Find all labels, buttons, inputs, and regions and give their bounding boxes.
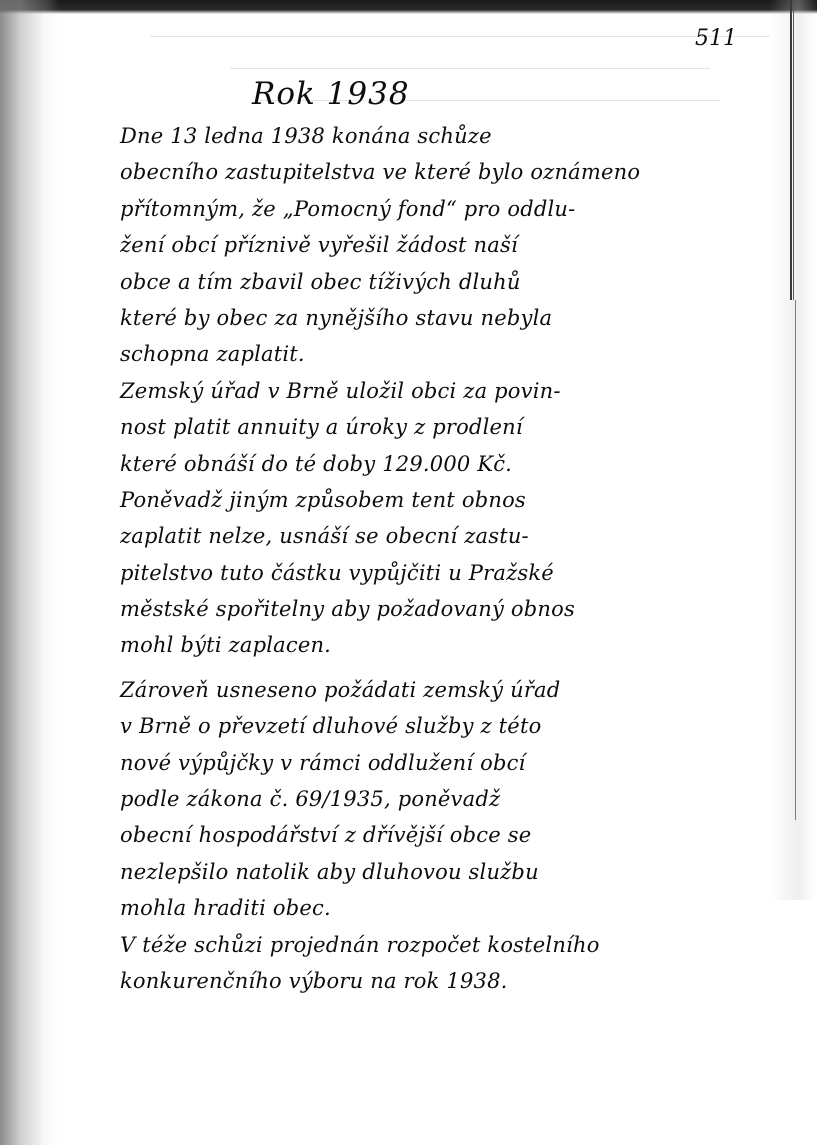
scan-top-edge bbox=[0, 0, 817, 14]
text-line: podle zákona č. 69/1935, poněvadž bbox=[120, 781, 800, 817]
text-line: konkurenčního výboru na rok 1938. bbox=[120, 963, 800, 999]
text-line: mohla hraditi obec. bbox=[120, 890, 800, 926]
text-line: Dne 13 ledna 1938 konána schůze bbox=[120, 118, 800, 154]
text-line: nezlepšilo natolik aby dluhovou službu bbox=[120, 854, 800, 890]
scan-left-shadow bbox=[0, 0, 60, 1145]
text-line: Zároveň usneseno požádati zemský úřad bbox=[120, 672, 800, 708]
text-line: žení obcí příznivě vyřešil žádost naší bbox=[120, 227, 800, 263]
text-line: obecního zastupitelstva ve které bylo oz… bbox=[120, 154, 800, 190]
text-line: obecní hospodářství z dřívější obce se bbox=[120, 817, 800, 853]
text-line: městské spořitelny aby požadovaný obnos bbox=[120, 591, 800, 627]
text-line: zaplatit nelze, usnáší se obecní zastu- bbox=[120, 518, 800, 554]
text-line: přítomným, že „Pomocný fond“ pro oddlu- bbox=[120, 191, 800, 227]
text-line: V téže schůzi projednán rozpočet kosteln… bbox=[120, 927, 800, 963]
text-line: které by obec za nynějšího stavu nebyla bbox=[120, 300, 800, 336]
text-line: Zemský úřad v Brně uložil obci za povin- bbox=[120, 373, 800, 409]
text-line: schopna zaplatit. bbox=[120, 336, 800, 372]
text-line: v Brně o převzetí dluhové služby z této bbox=[120, 708, 800, 744]
text-line: Poněvadž jiným způsobem tent obnos bbox=[120, 482, 800, 518]
ghost-ruled-line bbox=[230, 68, 710, 69]
text-line: nost platit annuity a úroky z prodlení bbox=[120, 409, 800, 445]
text-line: nové výpůjčky v rámci oddlužení obcí bbox=[120, 745, 800, 781]
text-line: které obnáší do té doby 129.000 Kč. bbox=[120, 446, 800, 482]
text-line: mohl býti zaplacen. bbox=[120, 627, 800, 663]
ghost-ruled-line bbox=[150, 36, 770, 37]
text-line: obce a tím zbavil obec tíživých dluhů bbox=[120, 264, 800, 300]
page-number: 511 bbox=[695, 26, 737, 51]
handwritten-body: Dne 13 ledna 1938 konána schůze obecního… bbox=[120, 118, 800, 999]
scanned-page: 511 Rok 1938 Dne 13 ledna 1938 konána sc… bbox=[0, 0, 817, 1145]
text-line: pitelstvo tuto částku vypůjčiti u Pražsk… bbox=[120, 555, 800, 591]
page-heading: Rok 1938 bbox=[252, 76, 410, 112]
